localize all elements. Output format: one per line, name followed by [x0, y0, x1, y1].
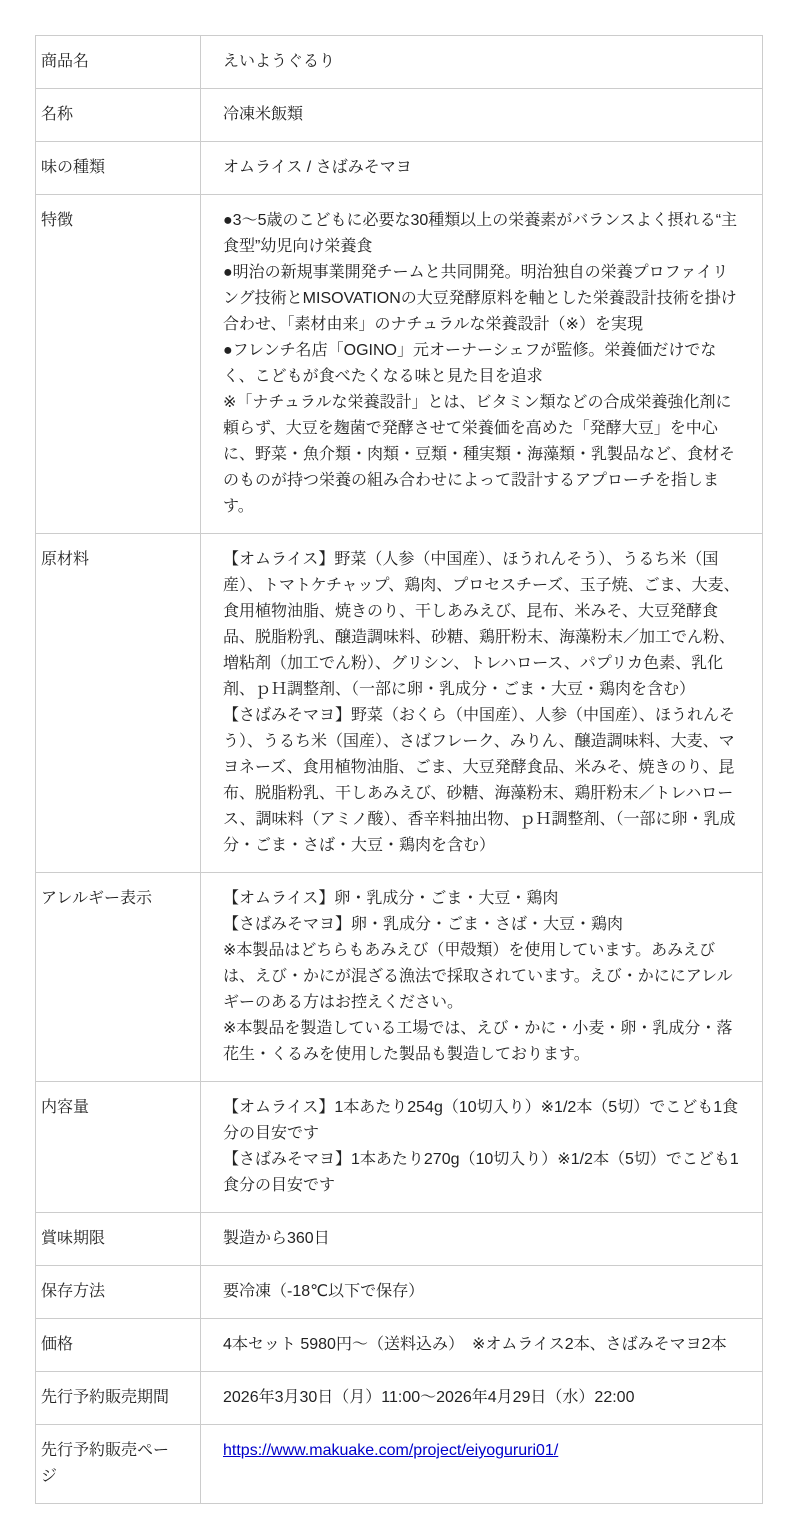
row-label: 内容量 [36, 1082, 201, 1213]
product-info-table: 商品名えいようぐるり名称冷凍米飯類味の種類オムライス / さばみそマヨ特徴●3〜… [35, 35, 763, 1504]
row-label: 特徴 [36, 195, 201, 534]
table-row: 味の種類オムライス / さばみそマヨ [36, 142, 763, 195]
table-row: 原材料【オムライス】野菜（人参（中国産）、ほうれんそう）、うるち米（国産）、トマ… [36, 534, 763, 873]
table-row: 商品名えいようぐるり [36, 36, 763, 89]
row-value: ●3〜5歳のこどもに必要な30種類以上の栄養素がバランスよく摂れる“主食型”幼児… [201, 195, 763, 534]
table-row: 価格4本セット 5980円〜（送料込み） ※オムライス2本、さばみそマヨ2本 [36, 1319, 763, 1372]
table-row: 内容量【オムライス】1本あたり254g（10切入り）※1/2本（5切）でこども1… [36, 1082, 763, 1213]
row-value: 2026年3月30日（月）11:00〜2026年4月29日（水）22:00 [201, 1372, 763, 1425]
row-value: 4本セット 5980円〜（送料込み） ※オムライス2本、さばみそマヨ2本 [201, 1319, 763, 1372]
presale-page-link[interactable]: https://www.makuake.com/project/eiyoguru… [223, 1442, 558, 1459]
row-value: 【オムライス】卵・乳成分・ごま・大豆・鶏肉 【さばみそマヨ】卵・乳成分・ごま・さ… [201, 873, 763, 1082]
row-label: 名称 [36, 89, 201, 142]
row-label: 味の種類 [36, 142, 201, 195]
row-label: 先行予約販売ページ [36, 1425, 201, 1504]
row-label: 賞味期限 [36, 1213, 201, 1266]
table-row: 賞味期限製造から360日 [36, 1213, 763, 1266]
row-value: 冷凍米飯類 [201, 89, 763, 142]
product-table-body: 商品名えいようぐるり名称冷凍米飯類味の種類オムライス / さばみそマヨ特徴●3〜… [36, 36, 763, 1504]
row-value: オムライス / さばみそマヨ [201, 142, 763, 195]
table-row: 先行予約販売期間2026年3月30日（月）11:00〜2026年4月29日（水）… [36, 1372, 763, 1425]
row-value: 要冷凍（-18℃以下で保存） [201, 1266, 763, 1319]
row-label: 先行予約販売期間 [36, 1372, 201, 1425]
table-row: 特徴●3〜5歳のこどもに必要な30種類以上の栄養素がバランスよく摂れる“主食型”… [36, 195, 763, 534]
row-label: 保存方法 [36, 1266, 201, 1319]
table-row: 先行予約販売ページhttps://www.makuake.com/project… [36, 1425, 763, 1504]
row-label: 価格 [36, 1319, 201, 1372]
row-value: 製造から360日 [201, 1213, 763, 1266]
table-row: 名称冷凍米飯類 [36, 89, 763, 142]
row-label: アレルギー表示 [36, 873, 201, 1082]
table-row: アレルギー表示【オムライス】卵・乳成分・ごま・大豆・鶏肉 【さばみそマヨ】卵・乳… [36, 873, 763, 1082]
row-label: 原材料 [36, 534, 201, 873]
row-value: えいようぐるり [201, 36, 763, 89]
row-value: 【オムライス】1本あたり254g（10切入り）※1/2本（5切）でこども1食分の… [201, 1082, 763, 1213]
row-value: 【オムライス】野菜（人参（中国産）、ほうれんそう）、うるち米（国産）、トマトケチ… [201, 534, 763, 873]
row-label: 商品名 [36, 36, 201, 89]
table-row: 保存方法要冷凍（-18℃以下で保存） [36, 1266, 763, 1319]
row-value: https://www.makuake.com/project/eiyoguru… [201, 1425, 763, 1504]
